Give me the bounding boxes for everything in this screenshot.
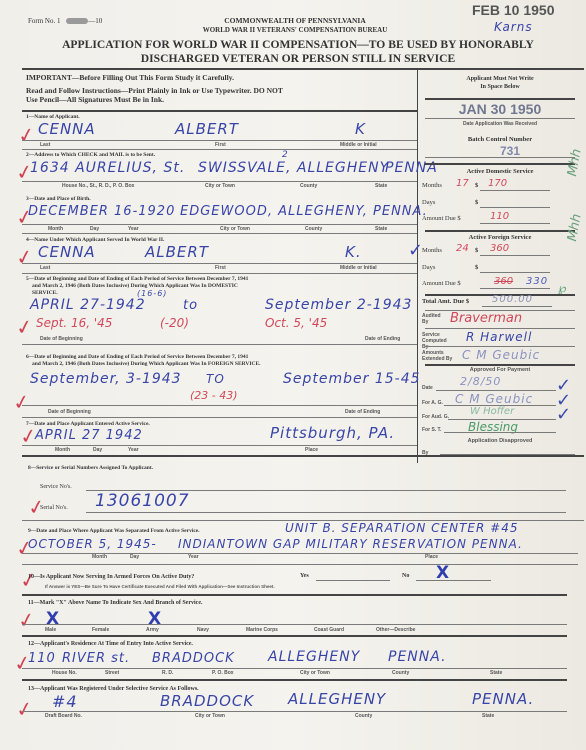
caption-city: City or Town xyxy=(205,183,235,189)
caption-place: Place xyxy=(305,447,318,453)
title-line-2: DISCHARGED VETERAN OR PERSON STILL IN SE… xyxy=(20,52,576,65)
field-line xyxy=(480,272,550,273)
mail-city-county[interactable]: SWISSVALE, ALLEGHENY xyxy=(198,160,389,176)
caption-end: Date of Ending xyxy=(345,409,380,415)
checkmark-icon: ✓ xyxy=(16,607,37,634)
rule xyxy=(22,344,417,345)
audg-signature: W Hoffer xyxy=(470,406,514,417)
applicant-last-name[interactable]: CENNA xyxy=(38,120,96,138)
rule xyxy=(22,110,417,112)
domestic-heading: Active Domestic Service xyxy=(420,168,580,175)
option-marine-corps[interactable]: Marine Corps xyxy=(246,627,278,633)
domestic-begin-date[interactable]: APRIL 27-1942 xyxy=(30,297,146,313)
form-number: Form No. 1 —10 xyxy=(28,17,102,25)
address-annotation: 2 xyxy=(282,150,289,160)
serial-number-value[interactable]: 13061007 xyxy=(95,491,190,511)
caption-day: Day xyxy=(90,226,99,232)
separation-place-line-1[interactable]: UNIT B. SEPARATION CENTER #45 xyxy=(285,521,518,535)
entry-date[interactable]: APRIL 27 1942 xyxy=(35,428,143,443)
entry-place[interactable]: Pittsburgh, PA. xyxy=(270,424,395,442)
section-5-label-3: SERVICE. xyxy=(32,290,58,296)
office-heading-1: Applicant Must Not Write xyxy=(420,76,580,82)
option-female[interactable]: Female xyxy=(92,627,109,633)
service-middle-initial[interactable]: K. xyxy=(345,243,362,261)
application-form-page: Form No. 1 —10 COMMONWEALTH OF PENNSYLVA… xyxy=(0,0,586,750)
foreign-heading: Active Foreign Service xyxy=(420,234,580,241)
caption-city: City or Town xyxy=(195,713,225,719)
foreign-amount-label: Amount Due $ xyxy=(422,280,461,287)
field-line xyxy=(22,624,567,625)
male-selected-x-mark[interactable]: X xyxy=(46,609,59,629)
selective-service-state[interactable]: PENNA. xyxy=(472,690,534,708)
caption-state: State xyxy=(375,183,387,189)
foreign-months-label: Months xyxy=(422,247,442,254)
field-line xyxy=(482,306,552,307)
service-first-name[interactable]: ALBERT xyxy=(145,243,209,261)
field-line xyxy=(22,263,417,264)
dollar-sign: $ xyxy=(475,264,478,271)
caption-year: Year xyxy=(128,447,139,453)
caption-month: Month xyxy=(55,447,70,453)
no-selected-x-mark[interactable]: X xyxy=(436,563,449,583)
field-line xyxy=(480,288,550,289)
section-6-label-1: 6—Date of Beginning and Date of Ending o… xyxy=(26,354,418,360)
domestic-months-value: 17 xyxy=(456,178,469,189)
caption-draft-board: Draft Board No. xyxy=(45,713,82,719)
field-line xyxy=(22,181,417,182)
selective-service-county[interactable]: ALLEGHENY xyxy=(288,690,386,708)
caption-begin: Date of Beginning xyxy=(40,336,83,342)
rule xyxy=(425,364,575,366)
batch-control-number: 731 xyxy=(500,144,520,158)
caption-month: Month xyxy=(92,554,107,560)
domestic-months-amount: 170 xyxy=(488,178,507,189)
foreign-days-label: Days xyxy=(422,264,435,271)
domestic-red-begin: Sept. 16, '45 xyxy=(36,316,112,330)
title-line-1: APPLICATION FOR WORLD WAR II COMPENSATIO… xyxy=(20,38,576,51)
service-last-name[interactable]: CENNA xyxy=(38,243,96,261)
rule xyxy=(22,149,417,150)
residence-house-no[interactable]: 110 xyxy=(28,651,56,666)
caption-first: First xyxy=(215,265,226,271)
applicant-middle-initial[interactable]: K xyxy=(355,120,366,138)
checkmark-icon: ✓ xyxy=(408,240,423,261)
computed-by-label: Service Computed By xyxy=(422,332,452,350)
dollar-sign: $ xyxy=(475,182,478,189)
rule xyxy=(425,118,575,119)
foreign-end-date[interactable]: September 15-45 xyxy=(283,371,421,387)
caption-state: State xyxy=(490,670,502,676)
field-line xyxy=(22,405,417,406)
caption-state: State xyxy=(482,713,494,719)
caption-year: Year xyxy=(188,554,199,560)
disapproved-by-field[interactable] xyxy=(440,454,575,455)
foreign-to: TO xyxy=(206,372,225,386)
domestic-end-date[interactable]: September 2-1943 xyxy=(265,297,412,313)
rule xyxy=(22,233,417,234)
rule xyxy=(425,157,575,158)
birth-place[interactable]: EDGEWOOD, ALLEGHENY, PENNA. xyxy=(180,204,428,219)
option-army[interactable]: Army xyxy=(146,627,159,633)
no-field[interactable] xyxy=(416,580,491,581)
caption-last: Last xyxy=(40,142,50,148)
rule xyxy=(425,163,575,165)
caption-county: County xyxy=(355,713,372,719)
approval-date-value: 2/8/50 xyxy=(460,375,501,388)
form-number-text: Form No. 1 xyxy=(28,17,60,25)
domestic-red-note: (-20) xyxy=(160,316,189,330)
mail-street-address[interactable]: 1634 AURELIUS, St. xyxy=(30,160,185,176)
checkmark-icon: ✓ xyxy=(14,696,35,723)
domestic-amount-value: 110 xyxy=(490,211,509,222)
caption-county: County xyxy=(392,670,409,676)
checkmark-icon: ✓ xyxy=(18,567,39,594)
caption-place: Place xyxy=(425,554,438,560)
field-line xyxy=(22,711,567,712)
section-11-label: 11—Mark "X" Above Name To Indicate Sex A… xyxy=(28,600,203,606)
section-2-label: 2—Address to Which CHECK and MAIL is to … xyxy=(26,152,155,158)
foreign-amount-struck: 360 xyxy=(494,276,513,287)
approved-heading: Approved For Payment xyxy=(420,367,580,373)
option-other[interactable]: Other—Describe xyxy=(376,627,415,633)
birth-date[interactable]: DECEMBER 16-1920 xyxy=(28,204,175,219)
received-date-stamp: FEB 10 1950 xyxy=(472,2,555,18)
important-notice: IMPORTANT—Before Filling Out This Form S… xyxy=(26,73,234,82)
field-line xyxy=(480,207,550,208)
audg-label: For Aud. G. xyxy=(422,414,449,420)
caption-end: Date of Ending xyxy=(365,336,400,342)
ag-signature: C M Geubic xyxy=(455,392,533,406)
field-line xyxy=(480,223,550,224)
form-suffix: —10 xyxy=(88,17,102,25)
approval-date-label: Date xyxy=(422,385,433,391)
total-amount-label: Total Amt. Due $ xyxy=(422,298,469,305)
caption-city: City or Town xyxy=(220,226,250,232)
field-line xyxy=(22,224,417,225)
no-label: No xyxy=(402,573,409,579)
army-selected-x-mark[interactable]: X xyxy=(148,609,161,629)
selective-service-city[interactable]: BRADDOCK xyxy=(160,692,254,710)
section-7-label: 7—Date and Place Applicant Entered Activ… xyxy=(26,421,150,427)
yes-label: Yes xyxy=(300,573,309,579)
audited-by-label: Audited By xyxy=(422,313,444,325)
caption-middle: Middle or Initial xyxy=(340,142,377,148)
caption-state: State xyxy=(375,226,387,232)
received-caption: Date Application Was Received xyxy=(420,121,580,127)
checkmark-icon: ✓ xyxy=(11,389,32,416)
field-line xyxy=(436,390,556,391)
caption-begin: Date of Beginning xyxy=(48,409,91,415)
st-label: For S. T. xyxy=(422,427,441,433)
domestic-red-end: Oct. 5, '45 xyxy=(265,316,327,330)
field-line xyxy=(22,140,417,141)
disapproved-heading: Application Disapproved xyxy=(420,438,580,444)
residence-county[interactable]: ALLEGHENY xyxy=(268,649,360,665)
checkmark-icon: ✓ xyxy=(16,122,37,149)
rule xyxy=(22,594,567,596)
margin-initials-2: Mhh xyxy=(565,213,585,243)
seal-emblem-icon xyxy=(66,18,88,24)
caption-county: County xyxy=(300,183,317,189)
caption-street: Street xyxy=(105,670,119,676)
rule xyxy=(425,98,575,100)
rule xyxy=(22,679,567,681)
rule xyxy=(22,417,417,418)
section-10-note: If Answer is YES—Be Sure To Have Certifi… xyxy=(45,584,275,589)
instructions-line-2: Use Pencil—All Signatures Must Be in Ink… xyxy=(26,95,164,104)
service-numbers-label: Service No's. xyxy=(40,484,72,490)
caption-county: County xyxy=(305,226,322,232)
field-line xyxy=(86,512,566,513)
extended-by-signature: C M Geubic xyxy=(462,348,540,362)
disapproved-by-label: By xyxy=(422,450,428,456)
domestic-days-label: Days xyxy=(422,199,435,206)
serial-numbers-label: Serial No's. xyxy=(40,505,68,511)
separation-place-line-2[interactable]: INDIANTOWN GAP MILITARY RESERVATION PENN… xyxy=(178,537,523,551)
section-6-label-2: and March 2, 1946 (Both Dates Inclusive)… xyxy=(32,361,418,367)
section-5-label-2: and March 2, 1946 (Both Dates Inclusive)… xyxy=(32,283,418,289)
residence-city[interactable]: BRADDOCK xyxy=(152,651,235,666)
domestic-amount-label: Amount Due $ xyxy=(422,215,461,222)
instructions-line-1: Read and Follow Instructions—Print Plain… xyxy=(26,86,283,95)
total-amount-value: 500.00 xyxy=(492,294,533,305)
section-12-label: 12—Applicant's Residence At Time of Entr… xyxy=(28,641,193,647)
office-panel-divider xyxy=(417,68,418,463)
caption-po-box: P. O. Box xyxy=(212,670,234,676)
residence-state[interactable]: PENNA. xyxy=(388,649,447,665)
computed-by-signature: R Harwell xyxy=(466,330,532,344)
section-5-label-1: 5—Date of Beginning and Date of Ending o… xyxy=(26,276,418,282)
option-male[interactable]: Male xyxy=(45,627,56,633)
section-8-label: 8—Service or Serial Numbers Assigned To … xyxy=(28,465,153,471)
yes-field[interactable] xyxy=(316,580,390,581)
caption-city: City or Town xyxy=(300,670,330,676)
caption-day: Day xyxy=(93,447,102,453)
section-10-label: 10—Is Applicant Now Serving In Armed For… xyxy=(28,574,194,580)
caption-house: House No., St., R. D., P. O. Box xyxy=(62,183,134,189)
caption-last: Last xyxy=(40,265,50,271)
draft-board-number[interactable]: #4 xyxy=(52,692,78,711)
applicant-first-name[interactable]: ALBERT xyxy=(175,120,239,138)
caption-middle: Middle or Initial xyxy=(340,265,377,271)
separation-date[interactable]: OCTOBER 5, 1945- xyxy=(28,537,157,551)
header-rule xyxy=(22,68,584,70)
commonwealth-heading: COMMONWEALTH OF PENNSYLVANIA xyxy=(150,16,440,25)
caption-day: Day xyxy=(130,554,139,560)
ag-label: For A. G. xyxy=(422,400,443,406)
rule xyxy=(22,635,567,637)
section-9-label: 9—Date and Place Where Applicant Was Sep… xyxy=(28,528,200,534)
foreign-begin-date[interactable]: September, 3-1943 xyxy=(30,371,182,387)
field-line xyxy=(22,668,567,669)
bureau-heading: WORLD WAR II VETERANS' COMPENSATION BURE… xyxy=(150,26,440,34)
domestic-to: to xyxy=(183,298,198,313)
field-line xyxy=(22,445,417,446)
residence-street[interactable]: RIVER st. xyxy=(62,651,130,666)
foreign-months-amount: 360 xyxy=(490,243,509,254)
checkmark-icon: ✓ xyxy=(14,314,35,341)
dollar-sign: $ xyxy=(475,199,478,206)
rule xyxy=(22,273,417,274)
foreign-red-note: (23 - 43) xyxy=(190,389,238,402)
green-initial-mark: ℘ xyxy=(558,281,566,295)
rule xyxy=(425,328,575,329)
rule xyxy=(425,230,575,232)
dollar-sign: $ xyxy=(475,247,478,254)
checkmark-icon: ✓ xyxy=(14,244,35,271)
batch-control-label: Batch Control Number xyxy=(420,136,580,143)
option-navy[interactable]: Navy xyxy=(197,627,209,633)
stamp-initials: Karns xyxy=(494,20,533,34)
caption-month: Month xyxy=(48,226,63,232)
caption-rd: R. D. xyxy=(162,670,173,676)
domestic-note: (16-6) xyxy=(137,289,167,298)
caption-house: House No. xyxy=(52,670,77,676)
domestic-months-label: Months xyxy=(422,182,442,189)
rule xyxy=(22,455,584,457)
rule xyxy=(425,346,575,347)
field-line xyxy=(480,255,550,256)
foreign-months-value: 24 xyxy=(456,243,469,254)
extended-by-label: Amounts Extended By xyxy=(422,350,454,362)
field-line xyxy=(480,190,550,191)
caption-first: First xyxy=(215,142,226,148)
rule xyxy=(22,564,578,565)
office-heading-2: In Space Below xyxy=(420,84,580,90)
checkmark-icon: ✓ xyxy=(556,404,571,425)
margin-initials-1: Mhh xyxy=(565,148,585,178)
section-3-label: 3—Date and Place of Birth. xyxy=(26,196,91,202)
audited-by-signature: Braverman xyxy=(450,311,522,326)
received-date-stamp: JAN 30 1950 xyxy=(420,101,580,117)
foreign-amount-value: 330 xyxy=(526,276,548,287)
caption-year: Year xyxy=(128,226,139,232)
option-coast-guard[interactable]: Coast Guard xyxy=(314,627,344,633)
field-line xyxy=(444,432,556,433)
